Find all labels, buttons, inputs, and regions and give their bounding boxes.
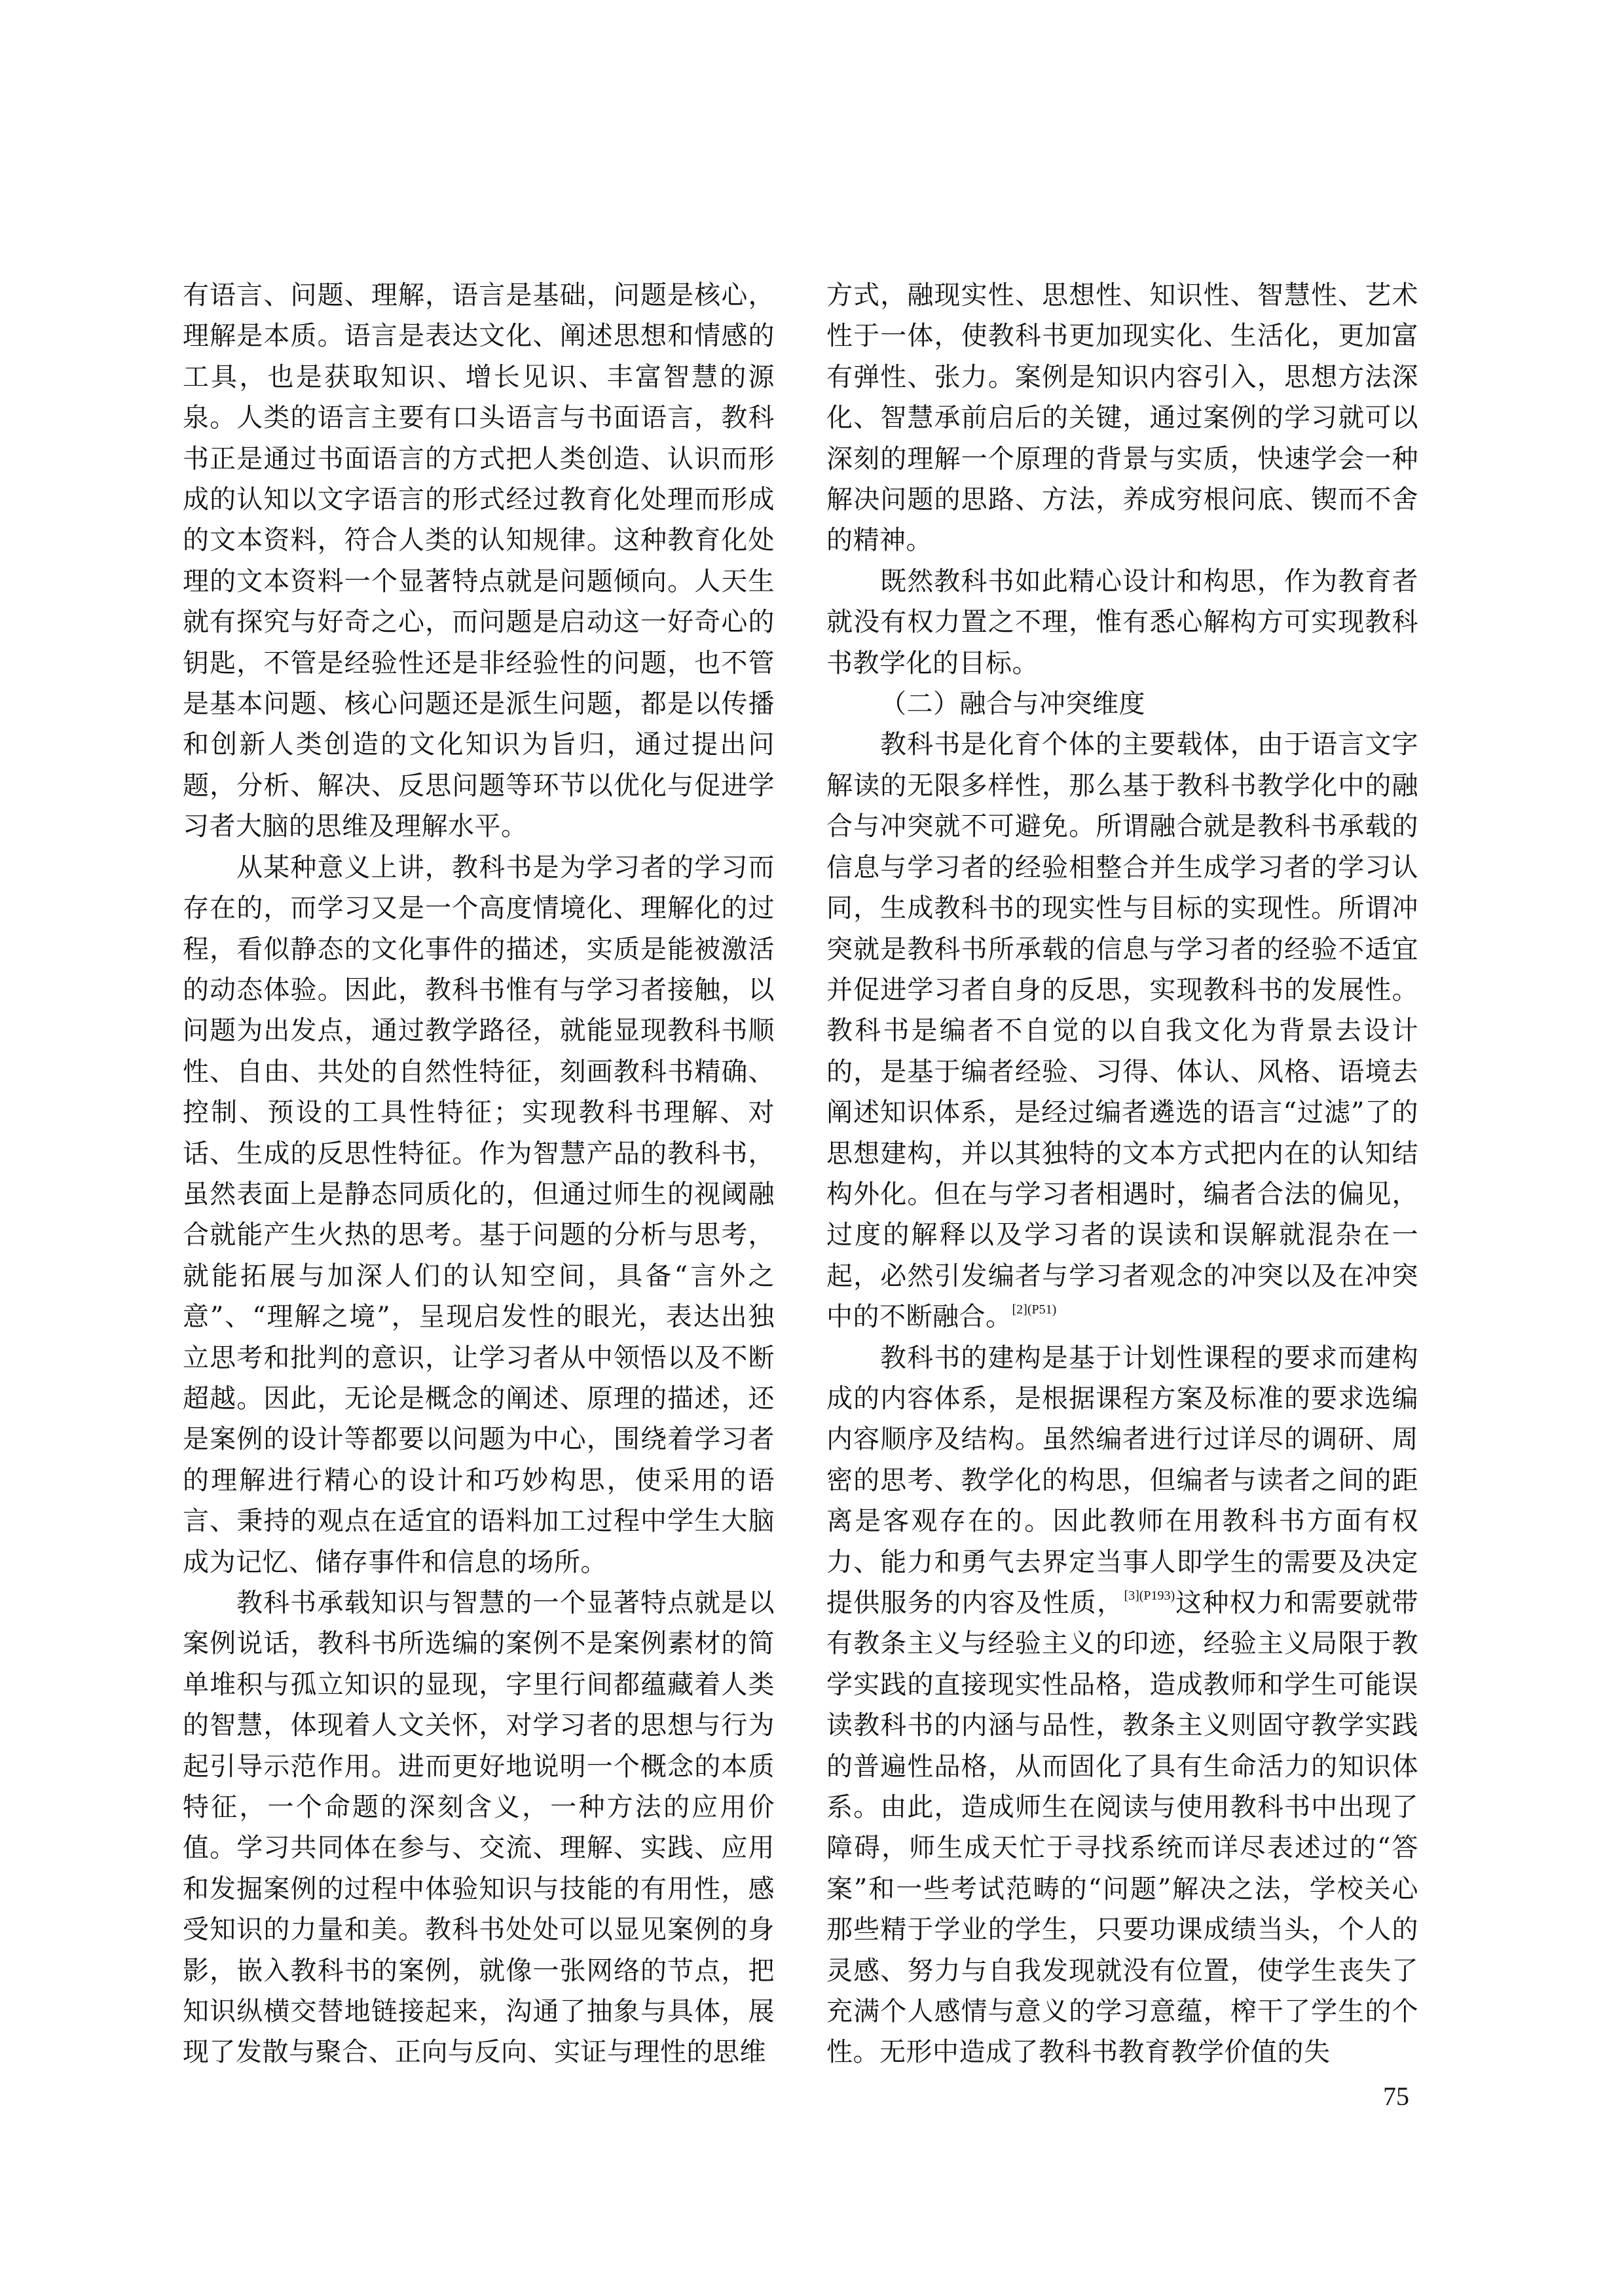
citation-marker: [2](P51) [1012,1302,1057,1317]
paragraph: 方式，融现实性、思想性、知识性、智慧性、艺术性于一体，使教科书更加现实化、生活化… [826,275,1418,561]
right-column: 方式，融现实性、思想性、知识性、智慧性、艺术性于一体，使教科书更加现实化、生活化… [826,275,1418,2073]
paragraph: 教科书承载知识与智慧的一个显著特点就是以案例说话，教科书所选编的案例不是案例素材… [183,1583,775,2073]
left-column: 有语言、问题、理解，语言是基础，问题是核心，理解是本质。语言是表达文化、阐述思想… [183,275,775,2073]
citation-marker: [3](P193) [1124,1588,1175,1603]
paragraph: 教科书是化育个体的主要载体，由于语言文字解读的无限多样性，那么基于教科书教学化中… [826,724,1418,1337]
paragraph-text: 教科书是化育个体的主要载体，由于语言文字解读的无限多样性，那么基于教科书教学化中… [826,729,1418,1332]
paragraph: 既然教科书如此精心设计和构思，作为教育者就没有权力置之不理，惟有悉心解构方可实现… [826,561,1418,684]
section-heading: （二）融合与冲突维度 [826,684,1418,724]
paragraph-text: 教科书的建构是基于计划性课程的要求而建构成的内容体系，是根据课程方案及标准的要求… [826,1343,1418,1618]
paragraph: 有语言、问题、理解，语言是基础，问题是核心，理解是本质。语言是表达文化、阐述思想… [183,275,775,847]
paragraph: 教科书的建构是基于计划性课程的要求而建构成的内容体系，是根据课程方案及标准的要求… [826,1338,1418,2073]
page-number: 75 [1383,2081,1409,2112]
paragraph: 从某种意义上讲，教科书是为学习者的学习而存在的，而学习又是一个高度情境化、理解化… [183,847,775,1583]
paragraph-text: 这种权力和需要就带有教条主义与经验主义的印迹，经验主义局限于教学实践的直接现实性… [826,1588,1418,2067]
